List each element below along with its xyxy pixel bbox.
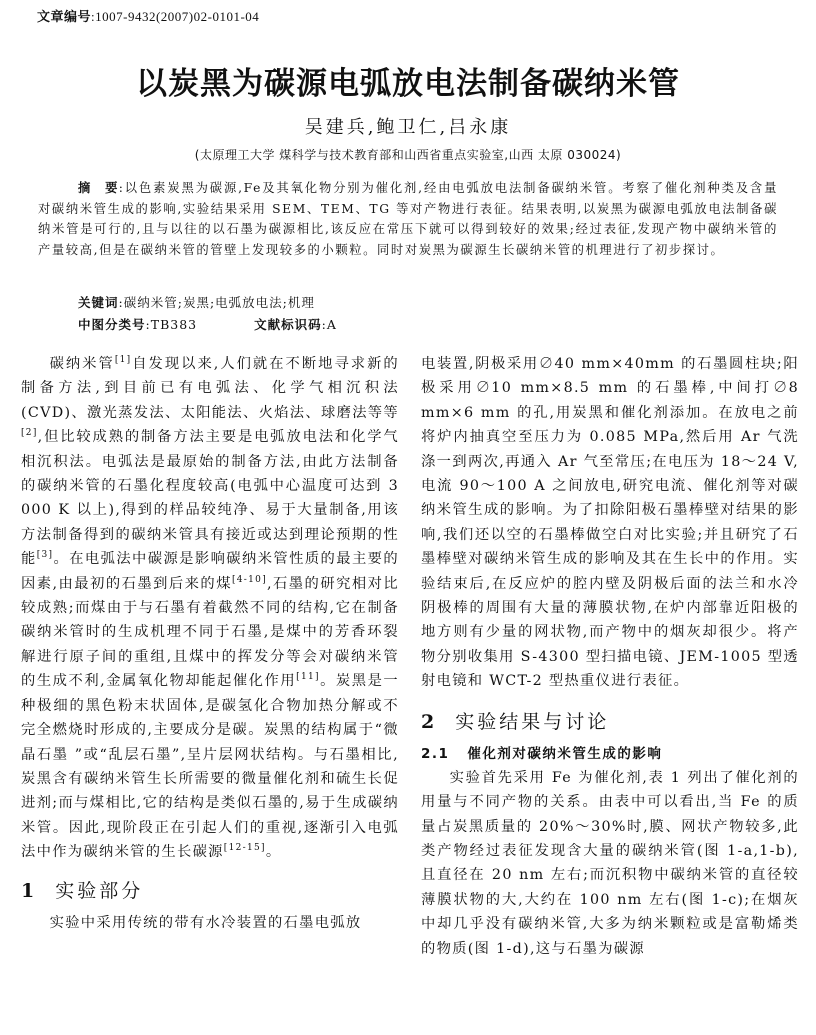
experiment-paragraph-start: 实验中采用传统的带有水冷装置的石墨电弧放: [21, 911, 399, 935]
intro-paragraph: 碳纳米管[1]自发现以来,人们就在不断地寻求新的制备方法,到目前已有电弧法、化学…: [21, 352, 399, 865]
citation: [1]: [115, 355, 132, 365]
section-title: 实验结果与讨论: [455, 711, 609, 733]
keywords: 关键词:碳纳米管;炭黑;电弧放电法;机理: [78, 293, 315, 311]
experiment-paragraph-cont: 电装置,阴极采用∅40 mm×40mm 的石墨圆柱块;阳极采用∅10 mm×8.…: [421, 352, 799, 694]
affiliation: (太原理工大学 煤科学与技术教育部和山西省重点实验室,山西 太原 030024): [0, 146, 816, 163]
section-number: 2: [421, 711, 437, 733]
article-number-label: 文章编号: [37, 10, 91, 25]
article-number: 文章编号:1007-9432(2007)02-0101-04: [37, 6, 259, 25]
abstract-text: :以色素炭黑为碳源,Fe及其氧化物分别为催化剂,经由电弧放电法制备碳纳米管。考察…: [38, 181, 778, 257]
section-number: 1: [21, 880, 37, 902]
column-left: 碳纳米管[1]自发现以来,人们就在不断地寻求新的制备方法,到目前已有电弧法、化学…: [21, 352, 399, 935]
citation: [3]: [37, 550, 54, 560]
subsection-heading-2-1: 2.1催化剂对碳纳米管生成的影响: [421, 742, 799, 766]
section-title: 实验部分: [55, 880, 143, 902]
abstract: 摘 要:以色素炭黑为碳源,Fe及其氧化物分别为催化剂,经由电弧放电法制备碳纳米管…: [38, 178, 778, 260]
citation: [2]: [21, 428, 38, 438]
citation: [12-15]: [224, 843, 266, 853]
section-heading-2: 2实验结果与讨论: [421, 708, 799, 736]
classification: 中图分类号:TB383 文献标识码:A: [78, 315, 337, 333]
keywords-label: 关键词: [78, 295, 119, 310]
subsection-number: 2.1: [421, 746, 449, 762]
article-number-value: :1007-9432(2007)02-0101-04: [91, 9, 259, 24]
section-heading-1: 1实验部分: [21, 877, 399, 905]
column-right: 电装置,阴极采用∅40 mm×40mm 的石墨圆柱块;阳极采用∅10 mm×8.…: [421, 352, 799, 961]
keywords-text: :碳纳米管;炭黑;电弧放电法;机理: [119, 295, 315, 310]
doc-code-label: 文献标识码: [254, 317, 322, 332]
citation: [11]: [296, 672, 320, 682]
paper-title: 以炭黑为碳源电弧放电法制备碳纳米管: [0, 58, 816, 103]
subsection-title: 催化剂对碳纳米管生成的影响: [467, 746, 662, 762]
citation: [4-10]: [232, 575, 267, 585]
clc-label: 中图分类号: [78, 317, 146, 332]
clc-value: :TB383: [146, 317, 198, 332]
abstract-label: 摘 要: [78, 181, 119, 195]
authors: 吴建兵,鲍卫仁,吕永康: [0, 113, 816, 139]
results-paragraph: 实验首先采用 Fe 为催化剂,表 1 列出了催化剂的用量与不同产物的关系。由表中…: [421, 766, 799, 961]
doc-code-value: :A: [322, 317, 337, 332]
